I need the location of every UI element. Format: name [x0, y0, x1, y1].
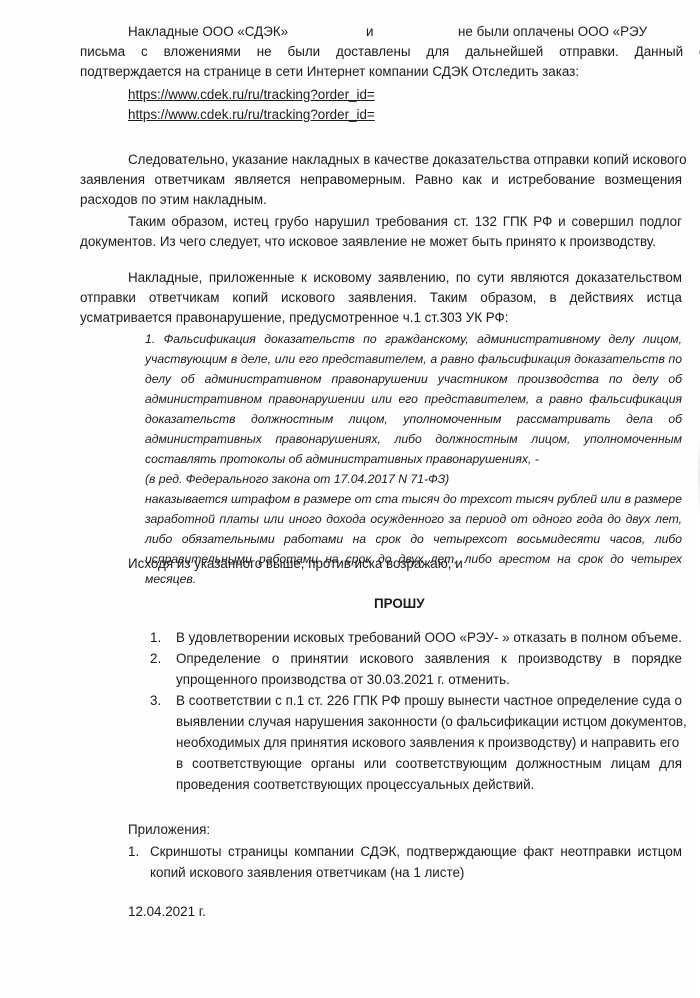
request-number: 3.: [150, 693, 161, 708]
para1-line1-end: не были оплачены ООО «РЭУ: [458, 24, 647, 39]
para1-line1-start: Накладные ООО «СДЭК»: [128, 24, 288, 39]
request-item-3-line1: В соответствии с п.1 ст. 226 ГПК РФ прош…: [176, 693, 682, 708]
para2-line1: Следовательно, указание накладных в каче…: [128, 152, 682, 167]
quote-line: либо обязательными работами на срок до ч…: [145, 532, 682, 546]
para2-line3: расходов по этим накладным.: [80, 192, 267, 207]
request-item-1: В удовлетворении исковых требований ООО …: [176, 630, 682, 645]
request-item-3-line3: необходимых для принятия искового заявле…: [176, 735, 679, 750]
para1-line1-and: и: [366, 24, 373, 39]
tracking-link-1[interactable]: https://www.cdek.ru/ru/tracking?order_id…: [128, 87, 375, 102]
attachment-item-1-line1: Скриншоты страницы компании СДЭК, подтве…: [150, 844, 682, 859]
para1-line2: письма с вложениями не были доставлены д…: [80, 44, 700, 59]
request-title: ПРОШУ: [374, 596, 425, 611]
para3-line1: Таким образом, истец грубо нарушил требо…: [128, 214, 682, 229]
quote-line: заработной платы или иного дохода осужде…: [145, 512, 682, 526]
attachments-title: Приложения:: [128, 822, 210, 837]
request-item-2-line1: Определение о принятии искового заявлени…: [176, 651, 682, 666]
quote-line: 1. Фальсификация доказательств по гражда…: [145, 332, 682, 346]
quote-line: доказательств должностным лицом, уполном…: [145, 412, 682, 426]
attachment-item-1-line2: копий искового заявления ответчикам (на …: [150, 865, 464, 880]
para1-line3: подтверждается на странице в сети Интерн…: [80, 64, 579, 79]
para4-line3: усматривается правонарушение, предусмотр…: [80, 310, 508, 325]
request-item-2-line2: упрощенного производства от 30.03.2021 г…: [176, 672, 510, 687]
quote-line: делу об административном правонарушении …: [145, 372, 682, 386]
document-date: 12.04.2021 г.: [128, 904, 206, 919]
quote-line: участвующим в деле, или его представител…: [145, 352, 682, 366]
para3-line2: документов. Из чего следует, что исковое…: [80, 234, 656, 249]
attachment-number: 1.: [128, 844, 139, 859]
quote-line: административном правонарушении или его …: [145, 392, 682, 406]
quote-line: наказывается штрафом в размере от ста ты…: [145, 492, 682, 506]
para4-line2: отправки ответчикам копий искового заявл…: [80, 290, 682, 305]
quote-line: административных правонарушениях, либо д…: [145, 432, 682, 446]
request-item-3-line4: в соответствующие органы или соответству…: [176, 756, 682, 771]
tracking-link-2[interactable]: https://www.cdek.ru/ru/tracking?order_id…: [128, 107, 375, 122]
quote-line: месяцев.: [145, 572, 196, 586]
para2-line2: заявления ответчикам является неправомер…: [80, 172, 682, 187]
document-page: Накладные ООО «СДЭК» и не были оплачены …: [0, 0, 700, 998]
request-number: 2.: [150, 651, 161, 666]
request-number: 1.: [150, 630, 161, 645]
request-item-3-line5: проведения соответствующих процессуальны…: [176, 777, 534, 792]
para4-line1: Накладные, приложенные к исковому заявле…: [128, 270, 682, 285]
quote-line: составлять протоколы об административных…: [145, 452, 539, 466]
request-item-3-line2: выявлении случая нарушения законности (о…: [176, 714, 687, 729]
quote-amendment: (в ред. Федерального закона от 17.04.201…: [145, 472, 449, 486]
conclusion-text: Исходя из указанного выше, против иска в…: [128, 556, 463, 571]
